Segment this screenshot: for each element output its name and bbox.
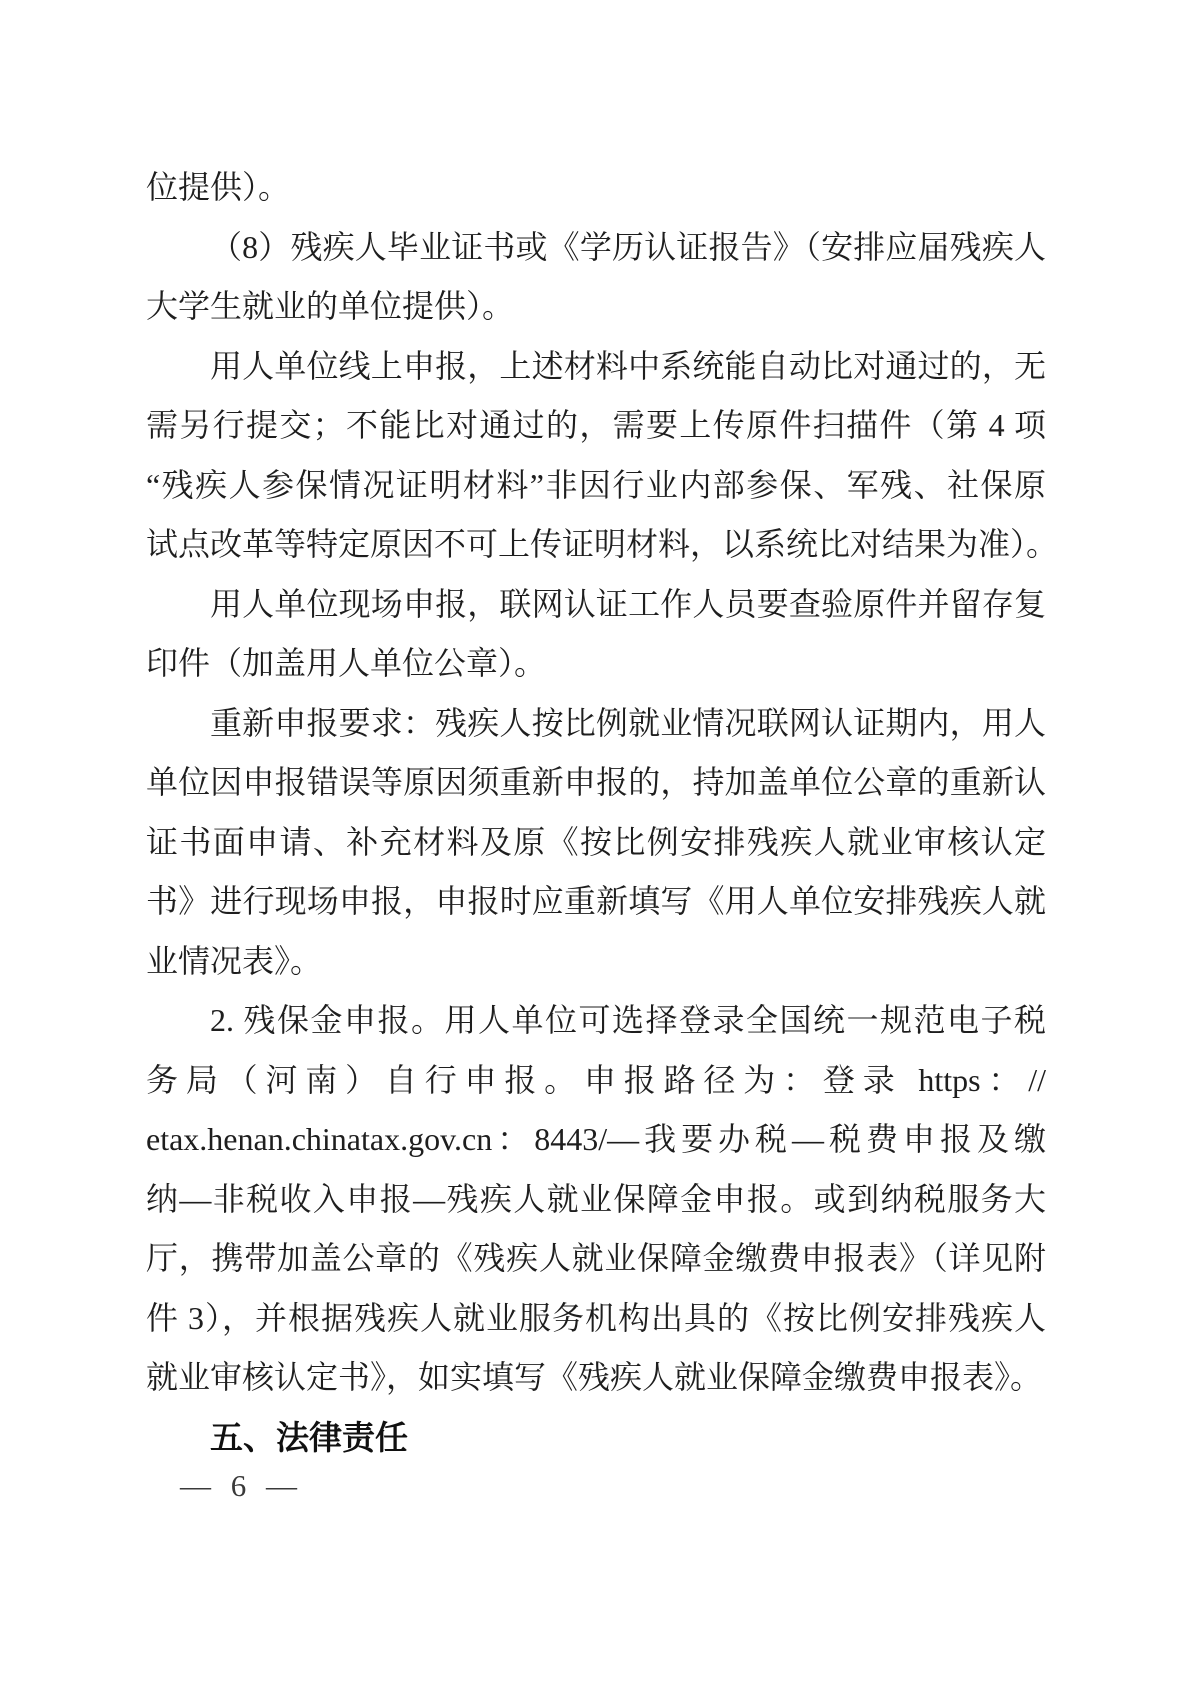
page-number: — 6 — [180, 1461, 297, 1511]
body-line-14: 业情况表》。 [146, 932, 1046, 992]
body-line-12: 证书面申请、补充材料及原《按比例安排残疾人就业审核认定 [146, 813, 1046, 873]
body-line-18: 纳—非税收入申报—残疾人就业保障金申报。或到纳税服务大 [146, 1170, 1046, 1230]
body-line-2: （8）残疾人毕业证书或《学历认证报告》（安排应届残疾人 [146, 218, 1046, 278]
body-line-20: 件 3），并根据残疾人就业服务机构出具的《按比例安排残疾人 [146, 1289, 1046, 1349]
body-line-3: 大学生就业的单位提供）。 [146, 277, 1046, 337]
body-line-5: 需另行提交；不能比对通过的，需要上传原件扫描件（第 4 项 [146, 396, 1046, 456]
body-line-19: 厅，携带加盖公章的《残疾人就业保障金缴费申报表》（详见附 [146, 1229, 1046, 1289]
document-body: 位提供）。 （8）残疾人毕业证书或《学历认证报告》（安排应届残疾人 大学生就业的… [146, 158, 1046, 1467]
body-line-11: 单位因申报错误等原因须重新申报的，持加盖单位公章的重新认 [146, 753, 1046, 813]
document-page: 位提供）。 （8）残疾人毕业证书或《学历认证报告》（安排应届残疾人 大学生就业的… [0, 0, 1190, 1682]
body-line-15: 2. 残保金申报。用人单位可选择登录全国统一规范电子税 [146, 991, 1046, 1051]
body-line-1: 位提供）。 [146, 158, 1046, 218]
body-line-16: 务局（河南）自行申报。申报路径为：登录 https：// [146, 1051, 1046, 1111]
body-line-7: 试点改革等特定原因不可上传证明材料，以系统比对结果为准）。 [146, 515, 1046, 575]
body-line-9: 印件（加盖用人单位公章）。 [146, 634, 1046, 694]
body-line-21: 就业审核认定书》，如实填写《残疾人就业保障金缴费申报表》。 [146, 1348, 1046, 1408]
body-line-13: 书》进行现场申报，申报时应重新填写《用人单位安排残疾人就 [146, 872, 1046, 932]
body-line-17: etax.henan.chinatax.gov.cn：8443/—我要办税—税费… [146, 1110, 1046, 1170]
body-line-10: 重新申报要求：残疾人按比例就业情况联网认证期内，用人 [146, 694, 1046, 754]
section-heading-legal-liability: 五、法律责任 [146, 1408, 1046, 1468]
body-line-8: 用人单位现场申报，联网认证工作人员要查验原件并留存复 [146, 575, 1046, 635]
body-line-6: “残疾人参保情况证明材料”非因行业内部参保、军残、社保原 [146, 456, 1046, 516]
body-line-4: 用人单位线上申报，上述材料中系统能自动比对通过的，无 [146, 337, 1046, 397]
